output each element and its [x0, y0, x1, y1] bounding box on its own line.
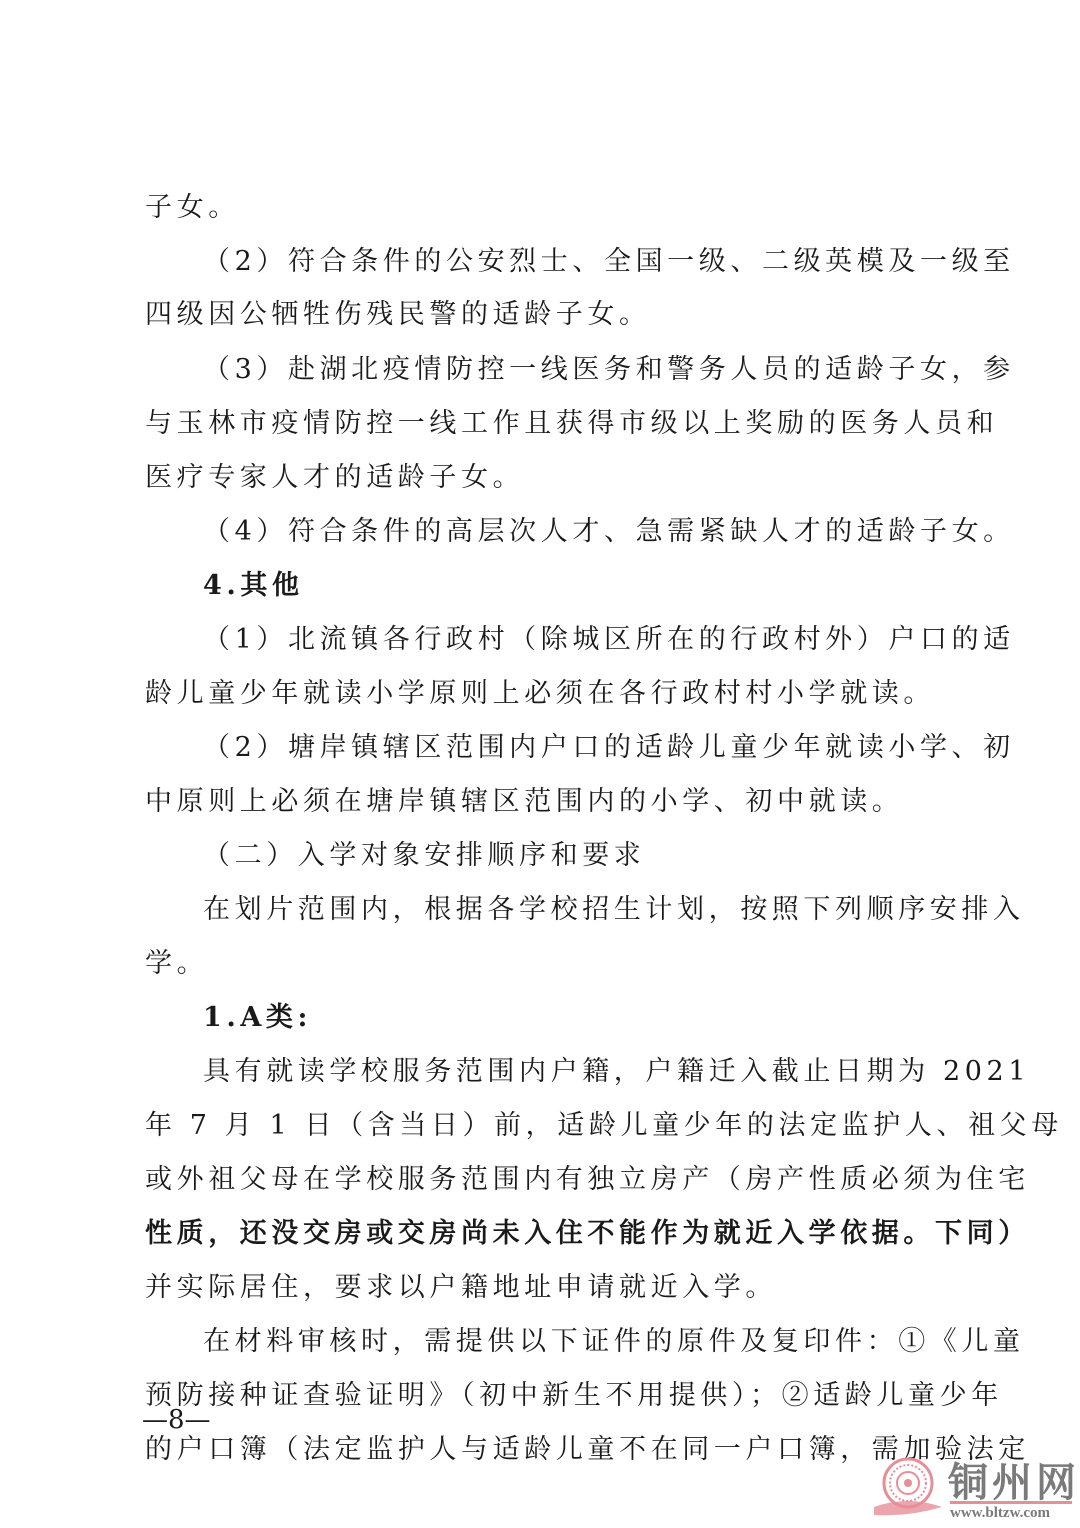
text-line: 龄儿童少年就读小学原则上必须在各行政村村小学就读。 — [145, 674, 935, 714]
section-heading: 4.其他 — [203, 566, 304, 606]
text-line: 四级因公牺牲伤残民警的适龄子女。 — [145, 295, 651, 335]
watermark-url: www.bltzw.com — [950, 1505, 1050, 1522]
text-line-emphasis: 性质，还没交房或交房尚未入住不能作为就近入学依据。下同） — [145, 1214, 1030, 1254]
text-line: 子女。 — [145, 188, 240, 228]
text-line: 在材料审核时，需提供以下证件的原件及复印件：①《儿童 — [203, 1322, 1025, 1362]
text-line: （4）符合条件的高层次人才、急需紧缺人才的适龄子女。 — [203, 512, 1015, 552]
text-line: 与玉林市疫情防控一线工作且获得市级以上奖励的医务人员和 — [145, 404, 998, 444]
watermark-title: 铜州网 — [948, 1451, 1080, 1508]
text-line: 具有就读学校服务范围内户籍，户籍迁入截止日期为 2021 — [203, 1052, 1030, 1092]
watermark: 铜州网 www.bltzw.com — [870, 1455, 1080, 1525]
text-line: 或外祖父母在学校服务范围内有独立房产（房产性质必须为住宅 — [145, 1160, 1030, 1200]
text-line: （1）北流镇各行政村（除城区所在的行政村外）户口的适 — [203, 620, 1015, 660]
page-number: —8— — [142, 1405, 211, 1435]
text-line: （2）塘岸镇辖区范围内户口的适龄儿童少年就读小学、初 — [203, 728, 1015, 768]
section-heading: （二）入学对象安排顺序和要求 — [203, 836, 645, 876]
text-line: 年 7 月 1 日（含当日）前，适龄儿童少年的法定监护人、祖父母 — [145, 1106, 1063, 1146]
text-line: （2）符合条件的公安烈士、全国一级、二级英模及一级至 — [203, 242, 1015, 282]
text-line: （3）赴湖北疫情防控一线医务和警务人员的适龄子女，参 — [203, 350, 1015, 390]
text-line: 在划片范围内，根据各学校招生计划，按照下列顺序安排入 — [203, 890, 1025, 930]
watermark-divider — [950, 1501, 1072, 1504]
text-line: 预防接种证查验证明》（初中新生不用提供）；②适龄儿童少年 — [145, 1376, 1003, 1416]
text-line: 医疗专家人才的适龄子女。 — [145, 458, 524, 498]
text-line: 学。 — [145, 944, 208, 984]
text-line: 并实际居住，要求以户籍地址申请就近入学。 — [145, 1268, 777, 1308]
text-line: 中原则上必须在塘岸镇辖区范围内的小学、初中就读。 — [145, 782, 903, 822]
watermark-logo-icon — [870, 1455, 948, 1525]
section-heading: 1.A类: — [203, 998, 312, 1038]
